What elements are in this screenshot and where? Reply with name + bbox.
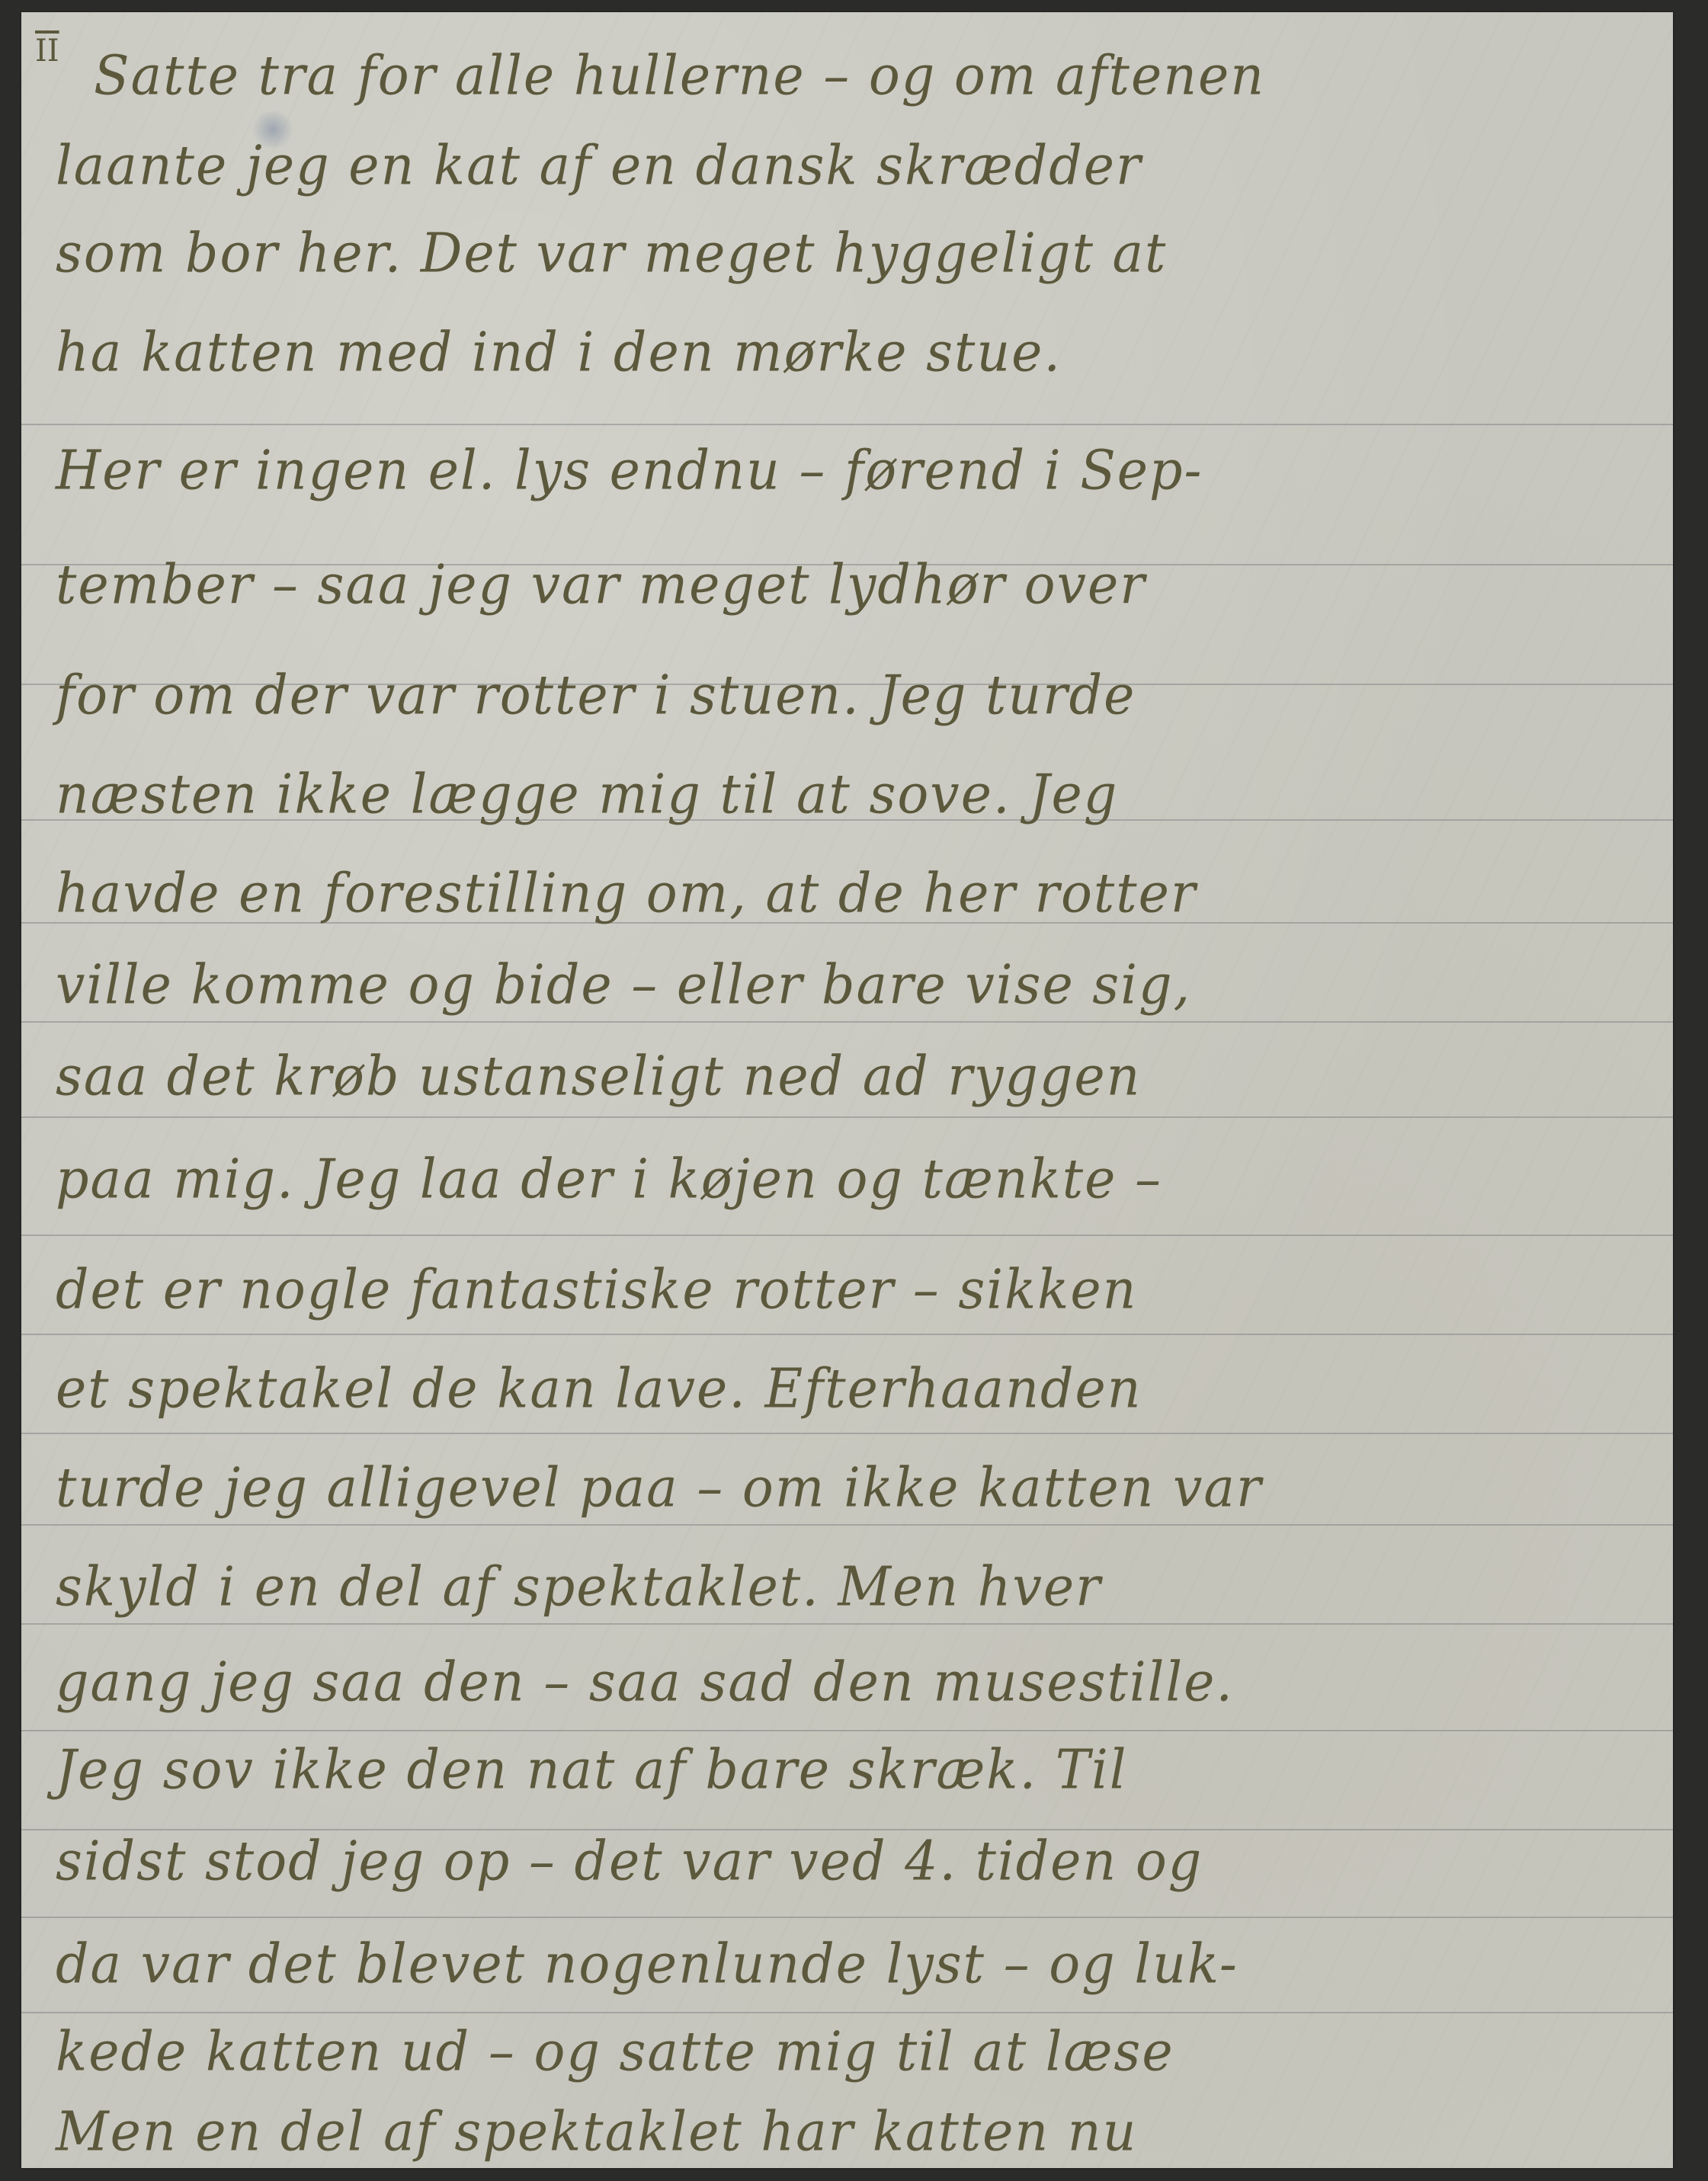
text-line: sidst stod jeg op – det var ved 4. tiden… <box>56 1835 1203 1889</box>
text-line: saa det krøb ustanseligt ned ad ryggen <box>56 1050 1141 1104</box>
text-line: Her er ingen el. lys endnu – førend i Se… <box>56 444 1203 498</box>
ruled-line <box>21 1730 1673 1731</box>
ruled-line <box>21 424 1673 425</box>
ruled-line <box>21 1433 1673 1434</box>
ruled-line <box>21 1235 1673 1236</box>
text-line: et spektakel de kan lave. Efterhaanden <box>56 1363 1142 1417</box>
text-line: paa mig. Jeg laa der i køjen og tænkte – <box>56 1153 1162 1207</box>
letter-page: II Satte tra for alle hullerne – og om a… <box>21 12 1673 2168</box>
ruled-line <box>21 1917 1673 1918</box>
text-line: laante jeg en kat af en dansk skrædder <box>56 139 1142 194</box>
text-line: da var det blevet nogenlunde lyst – og l… <box>56 1938 1239 1992</box>
text-line: Men en del af spektaklet har katten nu <box>56 2106 1137 2160</box>
text-line: ha katten med ind i den mørke stue. <box>56 326 1062 380</box>
ruled-line <box>21 1623 1673 1625</box>
page-number: II <box>35 34 59 69</box>
text-line: Jeg sov ikke den nat af bare skræk. Til <box>56 1744 1128 1798</box>
text-line: Satte tra for alle hullerne – og om afte… <box>94 50 1265 104</box>
text-line: for om der var rotter i stuen. Jeg turde <box>56 669 1136 723</box>
ruled-line <box>21 1116 1673 1118</box>
text-line: det er nogle fantastiske rotter – sikken <box>56 1263 1137 1318</box>
ruled-line <box>21 1334 1673 1335</box>
text-line: havde en forestilling om, at de her rott… <box>56 867 1197 921</box>
text-line: ville komme og bide – eller bare vise si… <box>56 959 1191 1013</box>
text-line: tember – saa jeg var meget lydhør over <box>56 559 1146 613</box>
text-line: kede katten ud – og satte mig til at læs… <box>56 2026 1174 2080</box>
text-line: gang jeg saa den – saa sad den musestill… <box>56 1656 1234 1710</box>
ruled-line <box>21 1524 1673 1526</box>
text-line: turde jeg alligevel paa – om ikke katten… <box>56 1462 1262 1516</box>
text-line: som bor her. Det var meget hyggeligt at <box>56 227 1167 281</box>
text-line: skyld i en del af spektaklet. Men hver <box>56 1561 1102 1615</box>
ruled-line <box>21 2012 1673 2013</box>
ruled-line <box>21 1021 1673 1023</box>
text-line: næsten ikke lægge mig til at sove. Jeg <box>56 768 1118 822</box>
